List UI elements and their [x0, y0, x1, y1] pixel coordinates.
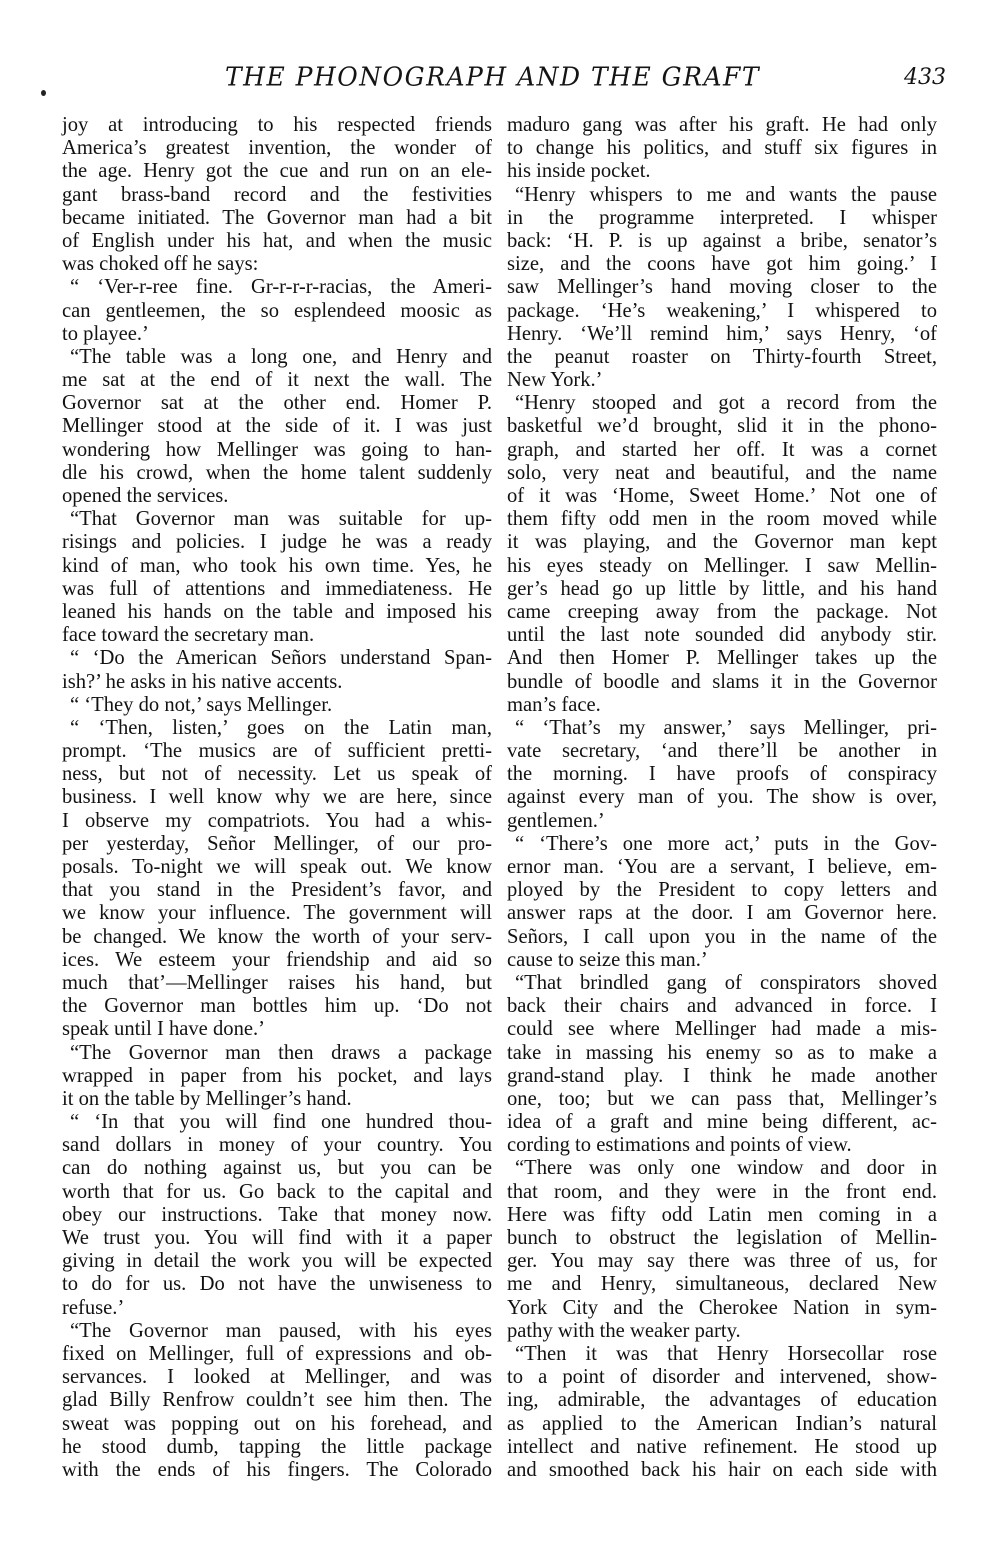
- text-line: back their chairs and advanced in force.…: [507, 995, 937, 1018]
- text-line: ployed by the President to copy letters …: [507, 879, 937, 902]
- text-line: bundle of boodle and slams it in the Gov…: [507, 671, 937, 694]
- text-line: me sat at the end of it next the wall. T…: [62, 369, 492, 392]
- text-line: prompt. ‘The musics are of sufficient pr…: [62, 740, 492, 763]
- running-title: THE PHONOGRAPH AND THE GRAFT: [225, 61, 760, 91]
- text-line: gant brass-band record and the festiviti…: [62, 184, 492, 207]
- text-line: that room, and they were in the front en…: [507, 1181, 937, 1204]
- text-line: “ ‘Then, listen,’ goes on the Latin man,: [62, 717, 492, 740]
- text-line: joy at introducing to his respected frie…: [62, 114, 492, 137]
- text-line: sand dollars in money of your country. Y…: [62, 1134, 492, 1157]
- text-line: could see where Mellinger had made a mis…: [507, 1018, 937, 1041]
- text-line: Mellinger stood at the side of it. I was…: [62, 415, 492, 438]
- text-line: the peanut roaster on Thirty-fourth Stre…: [507, 346, 937, 369]
- text-line: “The Governor man then draws a package: [62, 1042, 492, 1065]
- text-line: back: ‘H. P. is up against a bribe, sena…: [507, 230, 937, 253]
- text-line: “The Governor man paused, with his eyes: [62, 1320, 492, 1343]
- text-line: of it was ‘Home, Sweet Home.’ Not one of: [507, 485, 937, 508]
- text-line: bunch to obstruct the legislation of Mel…: [507, 1227, 937, 1250]
- text-line: take in massing his enemy so as to make …: [507, 1042, 937, 1065]
- text-line: “The table was a long one, and Henry and: [62, 346, 492, 369]
- text-line: idea of a graft and mine being different…: [507, 1111, 937, 1134]
- text-line: his inside pocket.: [507, 160, 937, 183]
- text-line: We trust you. You will find with it a pa…: [62, 1227, 492, 1250]
- text-line: became initiated. The Governor man had a…: [62, 207, 492, 230]
- text-line: “Henry whispers to me and wants the paus…: [507, 184, 937, 207]
- text-line: per yesterday, Señor Mellinger, of our p…: [62, 833, 492, 856]
- text-line: ernor man. ‘You are a servant, I believe…: [507, 856, 937, 879]
- text-line: business. I well know why we are here, s…: [62, 786, 492, 809]
- text-line: in the programme interpreted. I whisper: [507, 207, 937, 230]
- text-line: one, too; but we can pass that, Mellinge…: [507, 1088, 937, 1111]
- text-line: opened the services.: [62, 485, 492, 508]
- text-line: face toward the secretary man.: [62, 624, 492, 647]
- text-line: Governor sat at the other end. Homer P.: [62, 392, 492, 415]
- text-line: ices. We esteem your friendship and aid …: [62, 949, 492, 972]
- page-header: THE PHONOGRAPH AND THE GRAFT 433: [0, 62, 1000, 102]
- text-line: it on the table by Mellinger’s hand.: [62, 1088, 492, 1111]
- text-line: “There was only one window and door in: [507, 1157, 937, 1180]
- text-line: intellect and native refinement. He stoo…: [507, 1436, 937, 1459]
- text-line: Señors, I call upon you in the name of t…: [507, 926, 937, 949]
- text-line: “ ‘That’s my answer,’ says Mellinger, pr…: [507, 717, 937, 740]
- print-speck: [41, 90, 46, 96]
- page-number: 433: [904, 65, 946, 90]
- text-line: wondering how Mellinger was going to han…: [62, 439, 492, 462]
- text-line: can do nothing against us, but you can b…: [62, 1157, 492, 1180]
- text-line: he stood dumb, tapping the little packag…: [62, 1436, 492, 1459]
- text-line: man’s face.: [507, 694, 937, 717]
- text-line: “ ‘Do the American Señors understand Spa…: [62, 647, 492, 670]
- text-line: Here was fifty odd Latin men coming in a: [507, 1204, 937, 1227]
- text-line: saw Mellinger’s hand moving closer to th…: [507, 276, 937, 299]
- text-line: until the last note sounded did anybody …: [507, 624, 937, 647]
- text-line: the age. Henry got the cue and run on an…: [62, 160, 492, 183]
- text-line: leaned his hands on the table and impose…: [62, 601, 492, 624]
- text-line: gentlemen.’: [507, 810, 937, 833]
- text-line: them fifty odd men in the room moved whi…: [507, 508, 937, 531]
- text-line: to playee.’: [62, 323, 492, 346]
- text-line: wrapped in paper from his pocket, and la…: [62, 1065, 492, 1088]
- text-line: vate secretary, ‘and there’ll be another…: [507, 740, 937, 763]
- text-line: came creeping away from the package. Not: [507, 601, 937, 624]
- text-line: obey our instructions. Take that money n…: [62, 1204, 492, 1227]
- text-line: cording to estimations and points of vie…: [507, 1134, 937, 1157]
- text-line: me and Henry, simultaneous, declared New: [507, 1273, 937, 1296]
- text-line: risings and policies. I judge he was a r…: [62, 531, 492, 554]
- text-line: York City and the Cherokee Nation in sym…: [507, 1297, 937, 1320]
- text-line: as applied to the American Indian’s natu…: [507, 1413, 937, 1436]
- text-line: much that’—Mellinger raises his hand, bu…: [62, 972, 492, 995]
- text-line: “ ‘In that you will find one hundred tho…: [62, 1111, 492, 1134]
- text-line: ger’s head go up little by little, and h…: [507, 578, 937, 601]
- text-line: “ ‘There’s one more act,’ puts in the Go…: [507, 833, 937, 856]
- text-line: kind of man, who took his own time. Yes,…: [62, 555, 492, 578]
- text-line: can gentleemen, the so esplendeed moosic…: [62, 300, 492, 323]
- text-line: the Governor man bottles him up. ‘Do not: [62, 995, 492, 1018]
- text-line: to a point of disorder and intervened, s…: [507, 1366, 937, 1389]
- text-line: America’s greatest invention, the wonder…: [62, 137, 492, 160]
- text-line: with the ends of his fingers. The Colora…: [62, 1459, 492, 1482]
- text-line: Henry. ‘We’ll remind him,’ says Henry, ‘…: [507, 323, 937, 346]
- text-line: was full of attentions and immediateness…: [62, 578, 492, 601]
- text-line: cause to seize this man.’: [507, 949, 937, 972]
- text-line: ger. You may say there was three of us, …: [507, 1250, 937, 1273]
- text-line: posals. To-night we will speak out. We k…: [62, 856, 492, 879]
- text-line: I observe my compatriots. You had a whis…: [62, 810, 492, 833]
- text-line: dle his crowd, when the home talent sudd…: [62, 462, 492, 485]
- text-line: grand-stand play. I think he made anothe…: [507, 1065, 937, 1088]
- text-line: we know your influence. The government w…: [62, 902, 492, 925]
- text-line: maduro gang was after his graft. He had …: [507, 114, 937, 137]
- text-line: it was playing, and the Governor man kep…: [507, 531, 937, 554]
- text-line: giving in detail the work you will be ex…: [62, 1250, 492, 1273]
- text-line: pathy with the weaker party.: [507, 1320, 937, 1343]
- text-line: ing, admirable, the advantages of educat…: [507, 1389, 937, 1412]
- text-line: worth that for us. Go back to the capita…: [62, 1181, 492, 1204]
- text-line: speak until I have done.’: [62, 1018, 492, 1041]
- text-line: New York.’: [507, 369, 937, 392]
- text-line: “Henry stooped and got a record from the: [507, 392, 937, 415]
- text-line: “Then it was that Henry Horsecollar rose: [507, 1343, 937, 1366]
- text-line: be changed. We know the worth of your se…: [62, 926, 492, 949]
- text-line: “That brindled gang of conspirators shov…: [507, 972, 937, 995]
- text-line: was choked off he says:: [62, 253, 492, 276]
- text-line: size, and the coons have got him going.’…: [507, 253, 937, 276]
- text-line: glad Billy Renfrow couldn’t see him then…: [62, 1389, 492, 1412]
- text-line: sweat was popping out on his forehead, a…: [62, 1413, 492, 1436]
- text-line: fixed on Mellinger, full of expressions …: [62, 1343, 492, 1366]
- text-line: to change his politics, and stuff six fi…: [507, 137, 937, 160]
- text-line: “That Governor man was suitable for up-: [62, 508, 492, 531]
- right-text-column: maduro gang was after his graft. He had …: [507, 114, 937, 1482]
- text-line: refuse.’: [62, 1297, 492, 1320]
- text-line: graph, and started her off. It was a cor…: [507, 439, 937, 462]
- text-line: package. ‘He’s weakening,’ I whispered t…: [507, 300, 937, 323]
- text-line: against every man of you. The show is ov…: [507, 786, 937, 809]
- text-line: the morning. I have proofs of conspiracy: [507, 763, 937, 786]
- text-line: to do for us. Do not have the unwiseness…: [62, 1273, 492, 1296]
- text-line: “ ‘Ver-r-ree fine. Gr-r-r-r-racias, the …: [62, 276, 492, 299]
- text-line: and smoothed back his hair on each side …: [507, 1459, 937, 1482]
- left-text-column: joy at introducing to his respected frie…: [62, 114, 492, 1482]
- text-line: solo, very neat and beautiful, and the n…: [507, 462, 937, 485]
- text-line: answer raps at the door. I am Governor h…: [507, 902, 937, 925]
- text-line: of English under his hat, and when the m…: [62, 230, 492, 253]
- text-line: ish?’ he asks in his native accents.: [62, 671, 492, 694]
- text-line: “ ‘They do not,’ says Mellinger.: [62, 694, 492, 717]
- text-line: that you stand in the President’s favor,…: [62, 879, 492, 902]
- text-line: his eyes steady on Mellinger. I saw Mell…: [507, 555, 937, 578]
- text-line: basketful we’d brought, slid it in the p…: [507, 415, 937, 438]
- text-line: servances. I looked at Mellinger, and wa…: [62, 1366, 492, 1389]
- text-line: ness, but not of necessity. Let us speak…: [62, 763, 492, 786]
- text-line: And then Homer P. Mellinger takes up the: [507, 647, 937, 670]
